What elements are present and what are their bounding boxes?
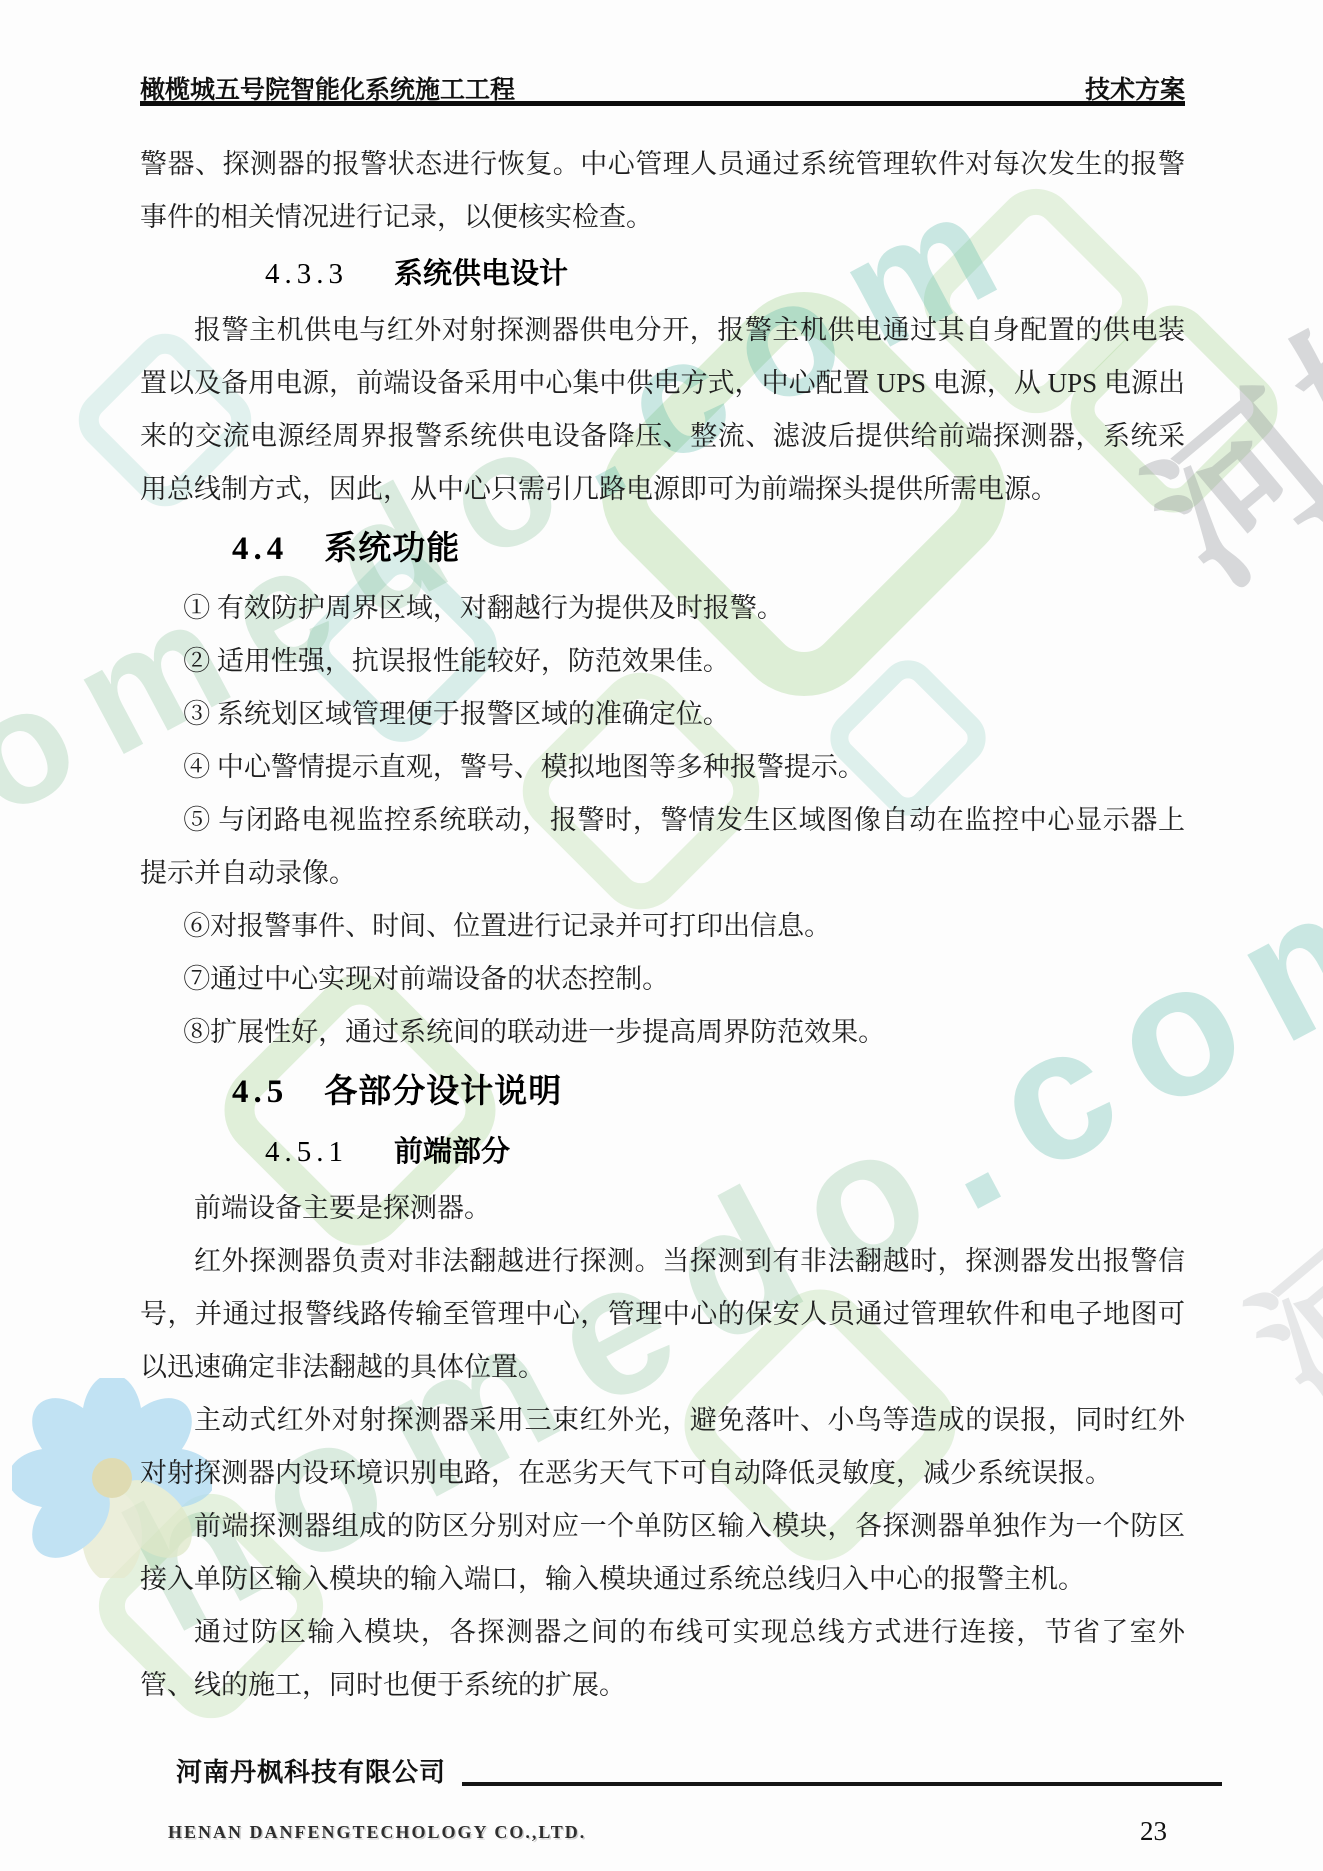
document-body: 警器、探测器的报警状态进行恢复。中心管理人员通过系统管理软件对每次发生的报警事件… (140, 138, 1185, 1712)
feature-item: ⑥对报警事件、时间、位置进行记录并可打印出信息。 (140, 900, 1185, 953)
footer-company-name-cn: 河南丹枫科技有限公司 (176, 1752, 446, 1789)
section-heading-4-5-1: 4.5.1前端部分 (140, 1125, 1185, 1179)
heading-title: 系统功能 (324, 531, 460, 567)
body-paragraph: 主动式红外对射探测器采用三束红外光，避免落叶、小鸟等造成的误报，同时红外对射探测… (140, 1394, 1185, 1500)
body-paragraph: 警器、探测器的报警状态进行恢复。中心管理人员通过系统管理软件对每次发生的报警事件… (140, 138, 1185, 244)
heading-title: 前端部分 (394, 1136, 510, 1168)
feature-item: ③ 系统划区域管理便于报警区域的准确定位。 (140, 688, 1185, 741)
feature-item: ④ 中心警情提示直观，警号、模拟地图等多种报警提示。 (140, 741, 1185, 794)
section-heading-4-4: 4.4系统功能 (140, 522, 1185, 576)
body-paragraph: 报警主机供电与红外对射探测器供电分开，报警主机供电通过其自身配置的供电装置以及备… (140, 304, 1185, 516)
feature-item: ⑦通过中心实现对前端设备的状态控制。 (140, 953, 1185, 1006)
heading-number: 4.4 (232, 531, 288, 567)
feature-item: ⑧扩展性好，通过系统间的联动进一步提高周界防范效果。 (140, 1006, 1185, 1059)
page-number: 23 (1140, 1816, 1167, 1847)
feature-item: ② 适用性强，抗误报性能较好，防范效果佳。 (140, 635, 1185, 688)
body-paragraph: 通过防区输入模块，各探测器之间的布线可实现总线方式进行连接，节省了室外管、线的施… (140, 1606, 1185, 1712)
body-paragraph: 前端探测器组成的防区分别对应一个单防区输入模块，各探测器单独作为一个防区接入单防… (140, 1500, 1185, 1606)
section-heading-4-5: 4.5各部分设计说明 (140, 1065, 1185, 1119)
heading-number: 4.5.1 (265, 1136, 348, 1168)
watermark-cn-text: 河姆渡 (1230, 994, 1323, 1425)
heading-title: 系统供电设计 (394, 258, 568, 290)
header-rule (140, 101, 1185, 106)
feature-item: ⑤ 与闭路电视监控系统联动，报警时，警情发生区域图像自动在监控中心显示器上提示并… (140, 794, 1185, 900)
body-paragraph: 前端设备主要是探测器。 (140, 1182, 1185, 1235)
body-paragraph: 红外探测器负责对非法翻越进行探测。当探测到有非法翻越时，探测器发出报警信号，并通… (140, 1235, 1185, 1394)
heading-title: 各部分设计说明 (324, 1074, 562, 1110)
document-page: homedo.com homedo.com 河姆渡 河姆渡 橄榄城五号院 (0, 0, 1323, 1871)
heading-number: 4.5 (232, 1074, 288, 1110)
footer-rule (462, 1782, 1222, 1786)
feature-item: ① 有效防护周界区域，对翻越行为提供及时报警。 (140, 582, 1185, 635)
footer-company-name-en: HENAN DANFENGTECHOLOGY CO.,LTD. (168, 1822, 586, 1843)
heading-number: 4.3.3 (265, 258, 348, 290)
section-heading-4-3-3: 4.3.3系统供电设计 (140, 247, 1185, 301)
